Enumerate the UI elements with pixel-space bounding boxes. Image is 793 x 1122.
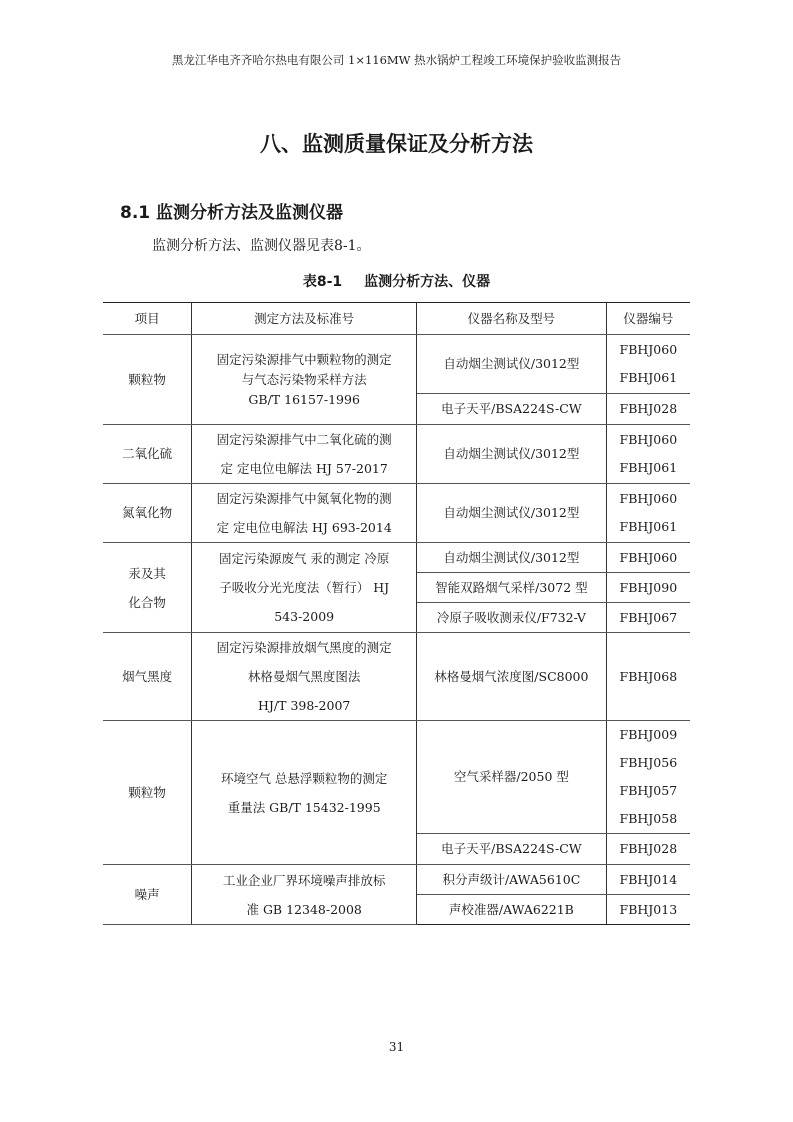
table-row: 汞及其 化合物 固定污染源废气 汞的测定 冷原 子吸收分光光度法（暂行） HJ … xyxy=(103,543,690,573)
method-line: 固定污染源排气中颗粒物的测定 xyxy=(196,350,412,370)
method-cell: 工业企业厂界环境噪声排放标 准 GB 12348-2008 xyxy=(192,865,417,925)
instrument-cell: 自动烟尘测试仪/3012型 xyxy=(417,425,607,484)
method-cell: 固定污染源排气中颗粒物的测定 与气态污染物采样方法 GB/T 16157-199… xyxy=(192,335,417,425)
item-line: 化合物 xyxy=(107,588,187,617)
method-line: 环境空气 总悬浮颗粒物的测定 xyxy=(196,764,412,793)
instrument-id-cell: FBHJ028 xyxy=(606,394,690,425)
instrument-cell: 积分声级计/AWA5610C xyxy=(417,865,607,895)
method-cell: 环境空气 总悬浮颗粒物的测定 重量法 GB/T 15432-1995 xyxy=(192,721,417,865)
method-line: 固定污染源废气 汞的测定 冷原 xyxy=(196,544,412,573)
item-cell: 噪声 xyxy=(103,865,192,925)
instrument-id: FBHJ060 xyxy=(611,336,686,364)
item-cell: 颗粒物 xyxy=(103,335,192,425)
instrument-id: FBHJ061 xyxy=(611,364,686,392)
method-line: GB/T 16157-1996 xyxy=(196,390,412,410)
method-line: 重量法 GB/T 15432-1995 xyxy=(196,793,412,822)
table-title: 监测分析方法、仪器 xyxy=(364,274,490,290)
methods-instruments-table: 项目 测定方法及标准号 仪器名称及型号 仪器编号 颗粒物 固定污染源排气中颗粒物… xyxy=(103,302,690,925)
chapter-title: 八、监测质量保证及分析方法 xyxy=(0,128,793,158)
table-row: 烟气黑度 固定污染源排放烟气黑度的测定 林格曼烟气黑度图法 HJ/T 398-2… xyxy=(103,633,690,721)
item-cell: 颗粒物 xyxy=(103,721,192,865)
method-line: 林格曼烟气黑度图法 xyxy=(196,662,412,691)
instrument-cell: 空气采样器/2050 型 xyxy=(417,721,607,834)
table-row: 颗粒物 固定污染源排气中颗粒物的测定 与气态污染物采样方法 GB/T 16157… xyxy=(103,335,690,394)
item-cell: 烟气黑度 xyxy=(103,633,192,721)
instrument-cell: 电子天平/BSA224S-CW xyxy=(417,834,607,865)
instrument-id: FBHJ061 xyxy=(611,454,686,482)
instrument-id-cell: FBHJ028 xyxy=(606,834,690,865)
instrument-id-cell: FBHJ060 xyxy=(606,543,690,573)
table-row: 噪声 工业企业厂界环境噪声排放标 准 GB 12348-2008 积分声级计/A… xyxy=(103,865,690,895)
instrument-id: FBHJ009 xyxy=(611,721,686,749)
item-line: 汞及其 xyxy=(107,559,187,588)
method-line: 固定污染源排气中氮氧化物的测 xyxy=(196,484,412,513)
instrument-id-cell: FBHJ068 xyxy=(606,633,690,721)
item-cell: 汞及其 化合物 xyxy=(103,543,192,633)
table-row: 二氧化硫 固定污染源排气中二氧化硫的测 定 定电位电解法 HJ 57-2017 … xyxy=(103,425,690,484)
item-cell: 氮氧化物 xyxy=(103,484,192,543)
instrument-cell: 自动烟尘测试仪/3012型 xyxy=(417,543,607,573)
method-line: 定 定电位电解法 HJ 693-2014 xyxy=(196,513,412,542)
method-cell: 固定污染源排放烟气黑度的测定 林格曼烟气黑度图法 HJ/T 398-2007 xyxy=(192,633,417,721)
item-cell: 二氧化硫 xyxy=(103,425,192,484)
instrument-id-cell: FBHJ067 xyxy=(606,603,690,633)
instrument-id-cell: FBHJ060 FBHJ061 xyxy=(606,484,690,543)
instrument-id: FBHJ056 xyxy=(611,749,686,777)
header-instrument-id: 仪器编号 xyxy=(606,303,690,335)
instrument-id-cell: FBHJ090 xyxy=(606,573,690,603)
instrument-id: FBHJ060 xyxy=(611,426,686,454)
table-caption: 表8-1监测分析方法、仪器 xyxy=(0,271,793,291)
instrument-id-cell: FBHJ060 FBHJ061 xyxy=(606,335,690,394)
section-title: 8.1 监测分析方法及监测仪器 xyxy=(120,198,343,223)
method-cell: 固定污染源排气中二氧化硫的测 定 定电位电解法 HJ 57-2017 xyxy=(192,425,417,484)
instrument-id: FBHJ060 xyxy=(611,485,686,513)
table-header-row: 项目 测定方法及标准号 仪器名称及型号 仪器编号 xyxy=(103,303,690,335)
method-line: 固定污染源排气中二氧化硫的测 xyxy=(196,425,412,454)
method-line: HJ/T 398-2007 xyxy=(196,691,412,720)
instrument-cell: 智能双路烟气采样/3072 型 xyxy=(417,573,607,603)
instrument-id: FBHJ061 xyxy=(611,513,686,541)
instrument-cell: 冷原子吸收测汞仪/F732-V xyxy=(417,603,607,633)
running-header: 黑龙江华电齐齐哈尔热电有限公司 1×116MW 热水锅炉工程竣工环境保护验收监测… xyxy=(0,52,793,68)
header-method: 测定方法及标准号 xyxy=(192,303,417,335)
header-item: 项目 xyxy=(103,303,192,335)
method-line: 子吸收分光光度法（暂行） HJ xyxy=(196,573,412,602)
body-paragraph: 监测分析方法、监测仪器见表8-1。 xyxy=(152,235,371,255)
method-cell: 固定污染源废气 汞的测定 冷原 子吸收分光光度法（暂行） HJ 543-2009 xyxy=(192,543,417,633)
method-line: 与气态污染物采样方法 xyxy=(196,370,412,390)
header-instrument: 仪器名称及型号 xyxy=(417,303,607,335)
page-number: 31 xyxy=(0,1040,793,1054)
table-number: 表8-1 xyxy=(303,274,342,290)
instrument-id-cell: FBHJ013 xyxy=(606,895,690,925)
instrument-cell: 电子天平/BSA224S-CW xyxy=(417,394,607,425)
instrument-cell: 自动烟尘测试仪/3012型 xyxy=(417,335,607,394)
instrument-id: FBHJ058 xyxy=(611,805,686,833)
table-row: 氮氧化物 固定污染源排气中氮氧化物的测 定 定电位电解法 HJ 693-2014… xyxy=(103,484,690,543)
method-line: 固定污染源排放烟气黑度的测定 xyxy=(196,633,412,662)
instrument-id-cell: FBHJ014 xyxy=(606,865,690,895)
method-cell: 固定污染源排气中氮氧化物的测 定 定电位电解法 HJ 693-2014 xyxy=(192,484,417,543)
instrument-cell: 自动烟尘测试仪/3012型 xyxy=(417,484,607,543)
method-line: 543-2009 xyxy=(196,602,412,631)
instrument-id-cell: FBHJ009 FBHJ056 FBHJ057 FBHJ058 xyxy=(606,721,690,834)
instrument-id: FBHJ057 xyxy=(611,777,686,805)
method-line: 准 GB 12348-2008 xyxy=(196,895,412,924)
table-row: 颗粒物 环境空气 总悬浮颗粒物的测定 重量法 GB/T 15432-1995 空… xyxy=(103,721,690,834)
instrument-cell: 声校准器/AWA6221B xyxy=(417,895,607,925)
method-line: 工业企业厂界环境噪声排放标 xyxy=(196,866,412,895)
method-line: 定 定电位电解法 HJ 57-2017 xyxy=(196,454,412,483)
instrument-cell: 林格曼烟气浓度图/SC8000 xyxy=(417,633,607,721)
instrument-id-cell: FBHJ060 FBHJ061 xyxy=(606,425,690,484)
